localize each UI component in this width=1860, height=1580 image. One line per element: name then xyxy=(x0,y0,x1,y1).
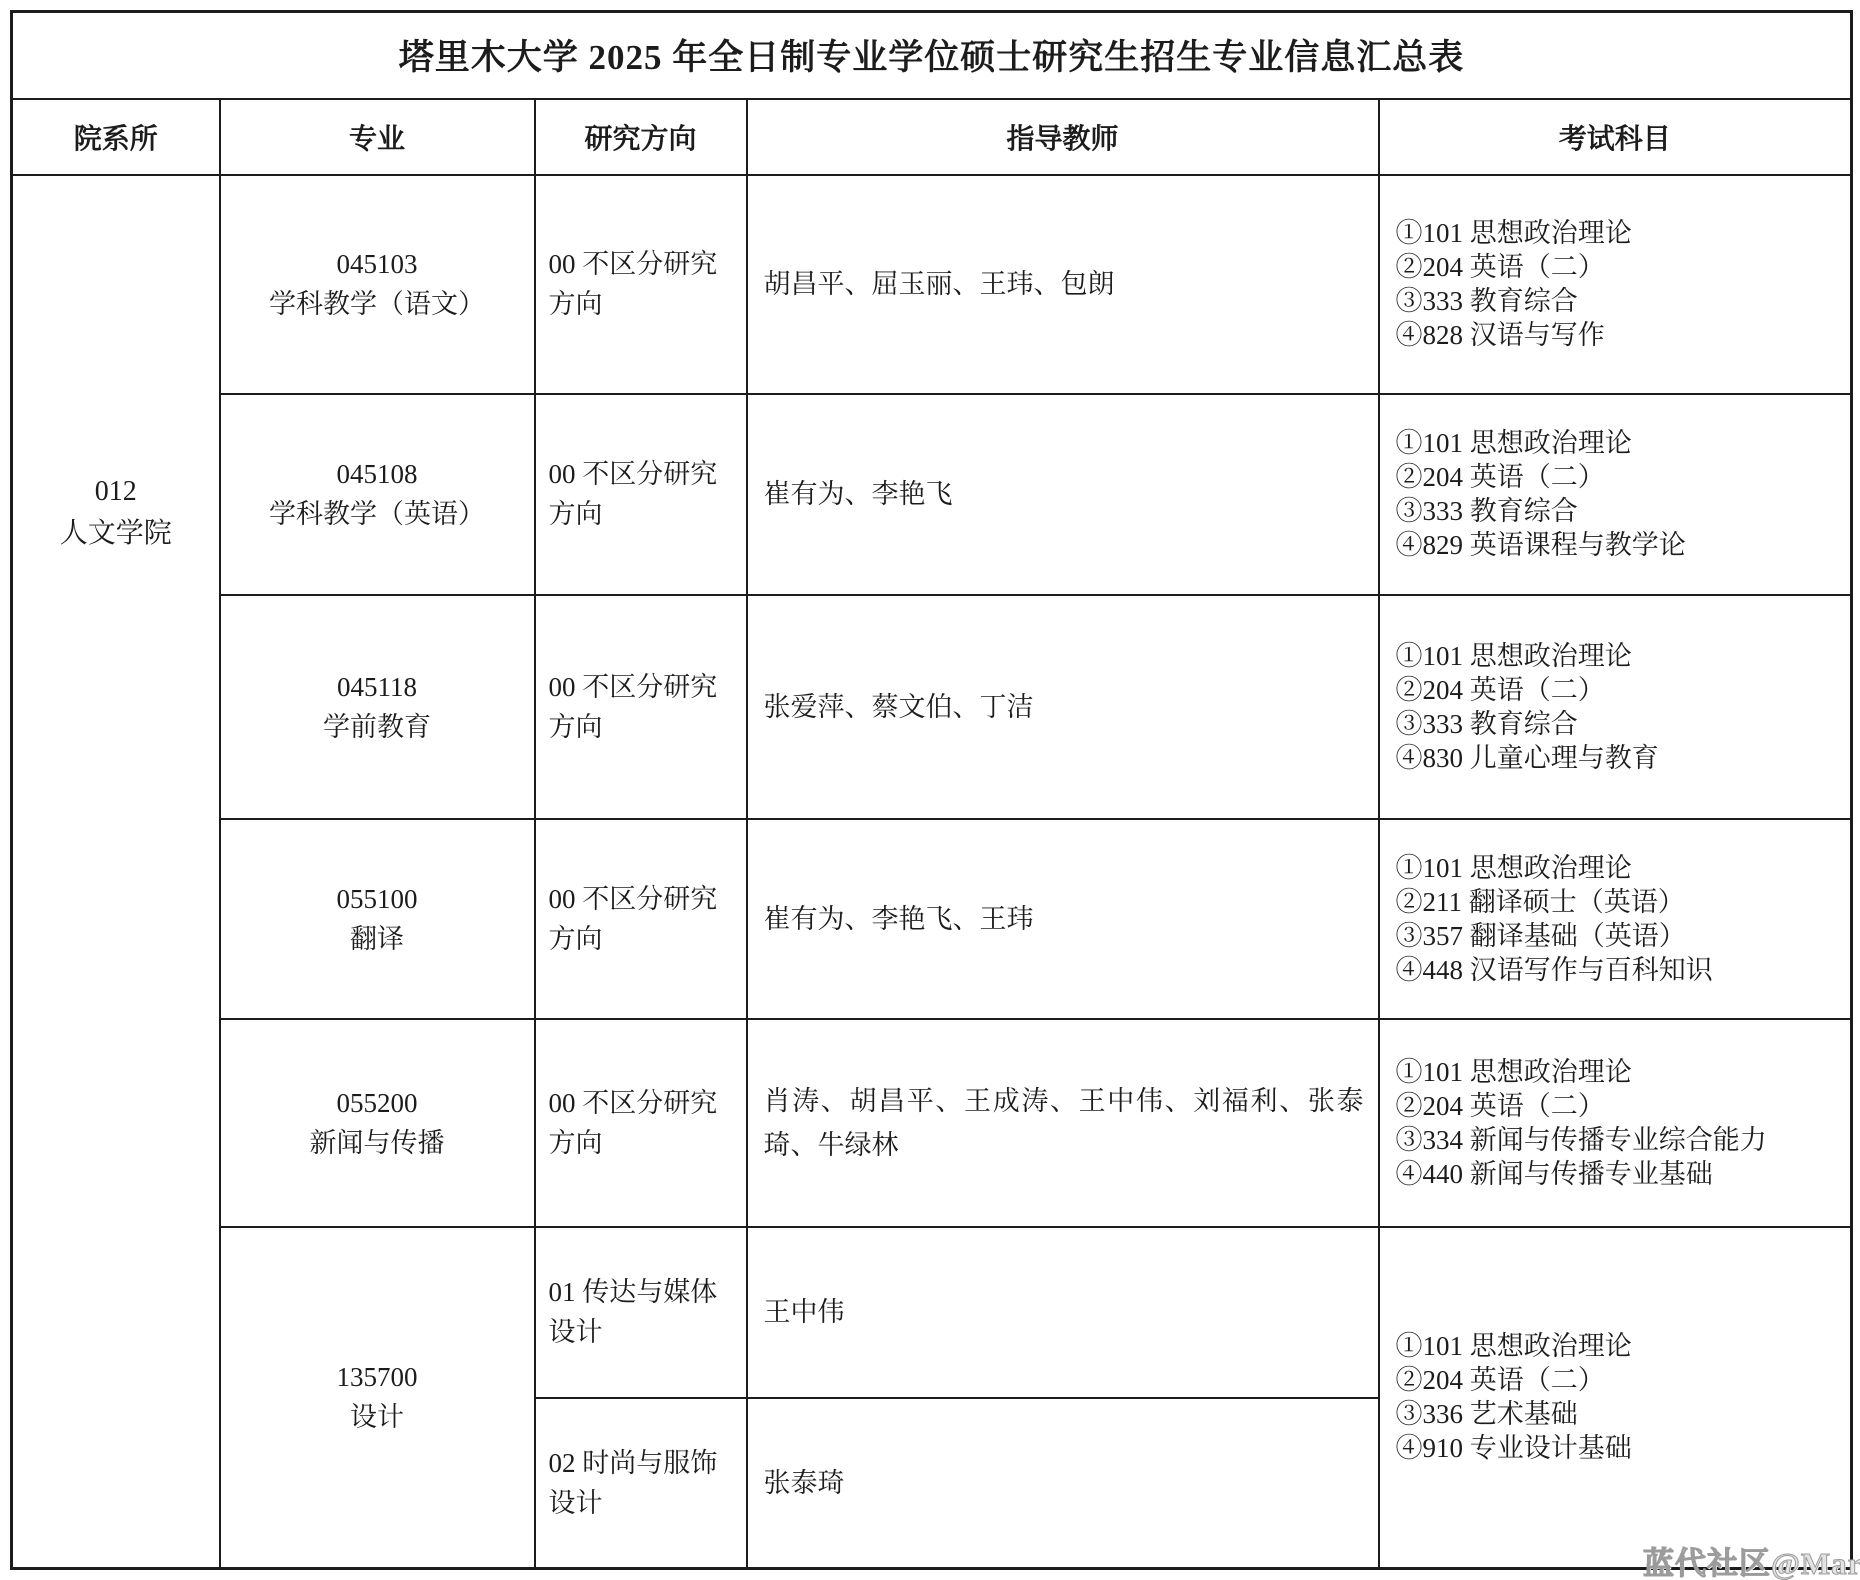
major-cell: 055100 翻译 xyxy=(220,819,535,1019)
major-code: 135700 xyxy=(221,1357,534,1397)
subject-line: ③336 艺术基础 xyxy=(1380,1397,1851,1431)
subject-line: ②204 英语（二） xyxy=(1380,1363,1851,1397)
advisors-text: 张爱萍、蔡文伯、丁洁 xyxy=(748,685,1378,729)
subject-line: ②204 英语（二） xyxy=(1380,1089,1851,1123)
direction-text: 00 不区分研究方向 xyxy=(549,454,727,534)
direction-text: 02 时尚与服饰设计 xyxy=(549,1443,727,1523)
advisors-text: 胡昌平、屈玉丽、王玮、包朗 xyxy=(748,262,1378,306)
subject-line: ④829 英语课程与教学论 xyxy=(1380,528,1851,562)
subject-line: ①101 思想政治理论 xyxy=(1380,639,1851,673)
major-code: 045108 xyxy=(221,454,534,494)
subject-line: ③333 教育综合 xyxy=(1380,284,1851,318)
col-header-direction: 研究方向 xyxy=(535,99,747,175)
subject-line: ②204 英语（二） xyxy=(1380,460,1851,494)
subjects-cell: ①101 思想政治理论 ②211 翻译硕士（英语） ③357 翻译基础（英语） … xyxy=(1379,819,1852,1019)
major-code: 045118 xyxy=(221,667,534,707)
advisors-cell: 崔有为、李艳飞 xyxy=(747,394,1379,595)
major-cell: 045118 学前教育 xyxy=(220,595,535,819)
subject-line: ①101 思想政治理论 xyxy=(1380,1055,1851,1089)
col-header-major: 专业 xyxy=(220,99,535,175)
advisors-cell: 张泰琦 xyxy=(747,1398,1379,1569)
advisors-cell: 肖涛、胡昌平、王成涛、王中伟、刘福利、张泰琦、牛绿林 xyxy=(747,1019,1379,1227)
subjects-cell: ①101 思想政治理论 ②204 英语（二） ③333 教育综合 ④828 汉语… xyxy=(1379,175,1852,394)
subject-line: ①101 思想政治理论 xyxy=(1380,216,1851,250)
direction-cell: 00 不区分研究方向 xyxy=(535,175,747,394)
subject-line: ③357 翻译基础（英语） xyxy=(1380,919,1851,953)
major-name: 学科教学（英语） xyxy=(221,494,534,534)
table-row: 055100 翻译 00 不区分研究方向 崔有为、李艳飞、王玮 ①101 思想政… xyxy=(12,819,1852,1019)
major-code: 045103 xyxy=(221,244,534,284)
col-header-advisors: 指导教师 xyxy=(747,99,1379,175)
major-name: 学前教育 xyxy=(221,707,534,747)
subjects-cell: ①101 思想政治理论 ②204 英语（二） ③336 艺术基础 ④910 专业… xyxy=(1379,1227,1852,1569)
major-code: 055200 xyxy=(221,1083,534,1123)
document-page: 塔里木大学 2025 年全日制专业学位硕士研究生招生专业信息汇总表 院系所 专业… xyxy=(0,0,1860,1580)
subject-line: ④910 专业设计基础 xyxy=(1380,1431,1851,1465)
department-name: 人文学院 xyxy=(13,513,219,555)
subject-line: ①101 思想政治理论 xyxy=(1380,851,1851,885)
direction-cell: 00 不区分研究方向 xyxy=(535,819,747,1019)
direction-text: 00 不区分研究方向 xyxy=(549,1083,727,1163)
table-row: 055200 新闻与传播 00 不区分研究方向 肖涛、胡昌平、王成涛、王中伟、刘… xyxy=(12,1019,1852,1227)
subject-line: ①101 思想政治理论 xyxy=(1380,426,1851,460)
col-header-subjects: 考试科目 xyxy=(1379,99,1852,175)
direction-text: 00 不区分研究方向 xyxy=(549,667,727,747)
table-row: 045118 学前教育 00 不区分研究方向 张爱萍、蔡文伯、丁洁 ①101 思… xyxy=(12,595,1852,819)
advisors-cell: 崔有为、李艳飞、王玮 xyxy=(747,819,1379,1019)
major-name: 新闻与传播 xyxy=(221,1123,534,1163)
table-row: 135700 设计 01 传达与媒体设计 王中伟 ①101 思想政治理论 ②20… xyxy=(12,1227,1852,1398)
direction-text: 00 不区分研究方向 xyxy=(549,244,727,324)
advisors-cell: 胡昌平、屈玉丽、王玮、包朗 xyxy=(747,175,1379,394)
advisors-cell: 张爱萍、蔡文伯、丁洁 xyxy=(747,595,1379,819)
subjects-cell: ①101 思想政治理论 ②204 英语（二） ③334 新闻与传播专业综合能力 … xyxy=(1379,1019,1852,1227)
table-row: 045108 学科教学（英语） 00 不区分研究方向 崔有为、李艳飞 ①101 … xyxy=(12,394,1852,595)
subject-line: ④828 汉语与写作 xyxy=(1380,318,1851,352)
subject-line: ③333 教育综合 xyxy=(1380,707,1851,741)
advisors-text: 张泰琦 xyxy=(748,1461,1378,1505)
admissions-summary-table: 塔里木大学 2025 年全日制专业学位硕士研究生招生专业信息汇总表 院系所 专业… xyxy=(10,10,1853,1570)
direction-cell: 00 不区分研究方向 xyxy=(535,1019,747,1227)
subject-line: ②204 英语（二） xyxy=(1380,673,1851,707)
major-cell: 045103 学科教学（语文） xyxy=(220,175,535,394)
subjects-cell: ①101 思想政治理论 ②204 英语（二） ③333 教育综合 ④830 儿童… xyxy=(1379,595,1852,819)
subject-line: ④448 汉语写作与百科知识 xyxy=(1380,953,1851,987)
subject-line: ③333 教育综合 xyxy=(1380,494,1851,528)
direction-cell: 01 传达与媒体设计 xyxy=(535,1227,747,1398)
subject-line: ②211 翻译硕士（英语） xyxy=(1380,885,1851,919)
direction-cell: 00 不区分研究方向 xyxy=(535,394,747,595)
direction-text: 01 传达与媒体设计 xyxy=(549,1272,727,1352)
major-code: 055100 xyxy=(221,879,534,919)
watermark: 蓝代社区@Martells xyxy=(1643,1538,1860,1580)
major-cell: 055200 新闻与传播 xyxy=(220,1019,535,1227)
subject-line: ③334 新闻与传播专业综合能力 xyxy=(1380,1123,1851,1157)
advisors-cell: 王中伟 xyxy=(747,1227,1379,1398)
advisors-text: 肖涛、胡昌平、王成涛、王中伟、刘福利、张泰琦、牛绿林 xyxy=(748,1079,1378,1167)
department-code: 012 xyxy=(13,471,219,513)
subject-line: ④830 儿童心理与教育 xyxy=(1380,741,1851,775)
major-name: 设计 xyxy=(221,1397,534,1437)
direction-cell: 00 不区分研究方向 xyxy=(535,595,747,819)
direction-cell: 02 时尚与服饰设计 xyxy=(535,1398,747,1569)
subject-line: ④440 新闻与传播专业基础 xyxy=(1380,1157,1851,1191)
department-cell: 012 人文学院 xyxy=(12,175,220,1569)
table-title: 塔里木大学 2025 年全日制专业学位硕士研究生招生专业信息汇总表 xyxy=(12,12,1852,99)
major-cell: 045108 学科教学（英语） xyxy=(220,394,535,595)
advisors-text: 崔有为、李艳飞 xyxy=(748,472,1378,516)
major-name: 翻译 xyxy=(221,919,534,959)
major-name: 学科教学（语文） xyxy=(221,284,534,324)
col-header-department: 院系所 xyxy=(12,99,220,175)
subject-line: ①101 思想政治理论 xyxy=(1380,1329,1851,1363)
direction-text: 00 不区分研究方向 xyxy=(549,879,727,959)
subject-line: ②204 英语（二） xyxy=(1380,250,1851,284)
subjects-cell: ①101 思想政治理论 ②204 英语（二） ③333 教育综合 ④829 英语… xyxy=(1379,394,1852,595)
table-row: 012 人文学院 045103 学科教学（语文） 00 不区分研究方向 胡昌平、… xyxy=(12,175,1852,394)
advisors-text: 王中伟 xyxy=(748,1290,1378,1334)
major-cell: 135700 设计 xyxy=(220,1227,535,1569)
advisors-text: 崔有为、李艳飞、王玮 xyxy=(748,897,1378,941)
